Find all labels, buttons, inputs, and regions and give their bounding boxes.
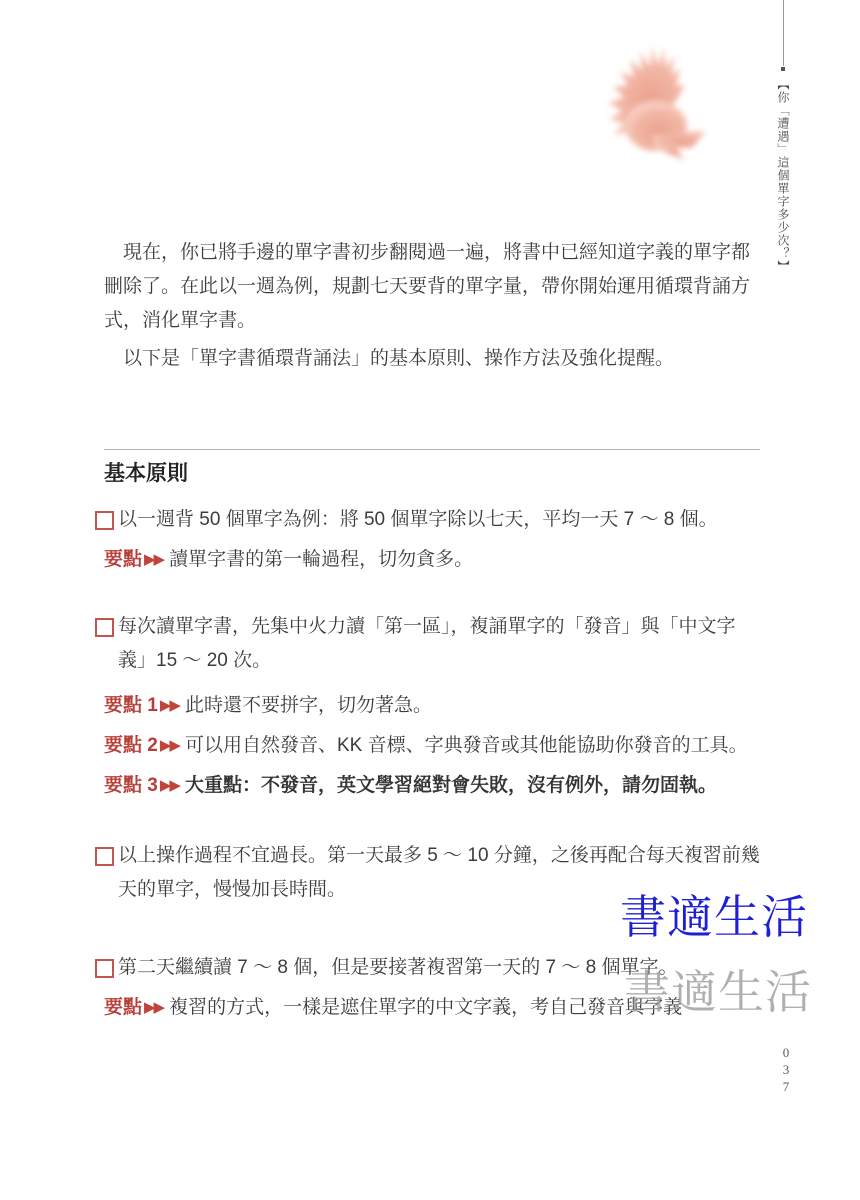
checkbox-icon (95, 959, 114, 978)
checkbox-icon (95, 618, 114, 637)
page-number-digit: 3 (779, 1061, 793, 1078)
keypoint-label: 要點 1 (104, 695, 158, 716)
intro-paragraph: 現在，你已將手邊的單字書初步翻閱過一遍，將書中已經知道字義的單字都刪除了。在此以… (104, 236, 760, 338)
checkbox-icon (95, 511, 114, 530)
dove-watermark-icon (593, 34, 715, 166)
keypoint-item: 要點▶▶讀單字書的第一輪過程，切勿貪多。 (104, 543, 760, 577)
watermark-blue: 書適生活 (620, 895, 808, 941)
keypoint-item: 要點 2▶▶可以用自然發音、KK 音標、字典發音或其他能協助你發音的工具。 (104, 729, 760, 763)
keypoint-text: 複習的方式，一樣是遮住單字的中文字義，考自己發音與字義 (169, 997, 682, 1018)
checkbox-icon (95, 847, 114, 866)
keypoint-arrows-icon: ▶▶ (144, 999, 163, 1016)
keypoint-arrows-icon: ▶▶ (144, 551, 163, 568)
keypoint-arrows-icon: ▶▶ (160, 697, 179, 714)
bullet-item: 以一週背 50 個單字為例：將 50 個單字除以七天，平均一天 7 ～ 8 個。 (104, 503, 760, 537)
side-dot-icon (781, 67, 785, 71)
keypoint-label: 要點 (104, 997, 142, 1018)
bullet-text: 每次讀單字書，先集中火力讀「第一區」，複誦單字的「發音」與「中文字義」15 ～ … (118, 616, 736, 671)
page-number-digit: 7 (779, 1078, 793, 1095)
keypoint-text: 讀單字書的第一輪過程，切勿貪多。 (169, 549, 473, 570)
keypoint-text: 可以用自然發音、KK 音標、字典發音或其他能協助你發音的工具。 (185, 735, 748, 756)
bullet-text: 以一週背 50 個單字為例：將 50 個單字除以七天，平均一天 7 ～ 8 個。 (118, 509, 718, 530)
keypoint-text: 大重點：不發音，英文學習絕對會失敗，沒有例外，請勿固執。 (185, 775, 717, 796)
section-header: 基本原則 (104, 449, 760, 489)
keypoint-item: 要點 1▶▶此時還不要拼字，切勿著急。 (104, 689, 760, 723)
keypoint-label: 要點 (104, 549, 142, 570)
section-title: 基本原則 (104, 450, 760, 489)
bullet-text: 第二天繼續讀 7 ～ 8 個，但是要接著複習第一天的 7 ～ 8 個單字。 (118, 957, 678, 978)
keypoint-text: 此時還不要拼字，切勿著急。 (185, 695, 432, 716)
bullet-item: 每次讀單字書，先集中火力讀「第一區」，複誦單字的「發音」與「中文字義」15 ～ … (104, 610, 760, 678)
page-number: 0 3 7 (779, 1044, 793, 1095)
keypoint-label: 要點 3 (104, 775, 158, 796)
intro-paragraph: 以下是「單字書循環背誦法」的基本原則、操作方法及強化提醒。 (104, 342, 760, 376)
page-number-digit: 0 (779, 1044, 793, 1061)
keypoint-label: 要點 2 (104, 735, 158, 756)
keypoint-arrows-icon: ▶▶ (160, 777, 179, 794)
side-vertical-rule (783, 0, 784, 66)
watermark-gray: 書適生活 (624, 970, 812, 1016)
book-page: 【你「遭遇」這個單字多少次？】 書適生活 書適生活 0 3 7 現在，你已將手邊… (0, 0, 860, 1200)
keypoint-arrows-icon: ▶▶ (160, 737, 179, 754)
keypoint-item: 要點 3▶▶大重點：不發音，英文學習絕對會失敗，沒有例外，請勿固執。 (104, 769, 760, 803)
chapter-side-title: 【你「遭遇」這個單字多少次？】 (772, 78, 794, 278)
